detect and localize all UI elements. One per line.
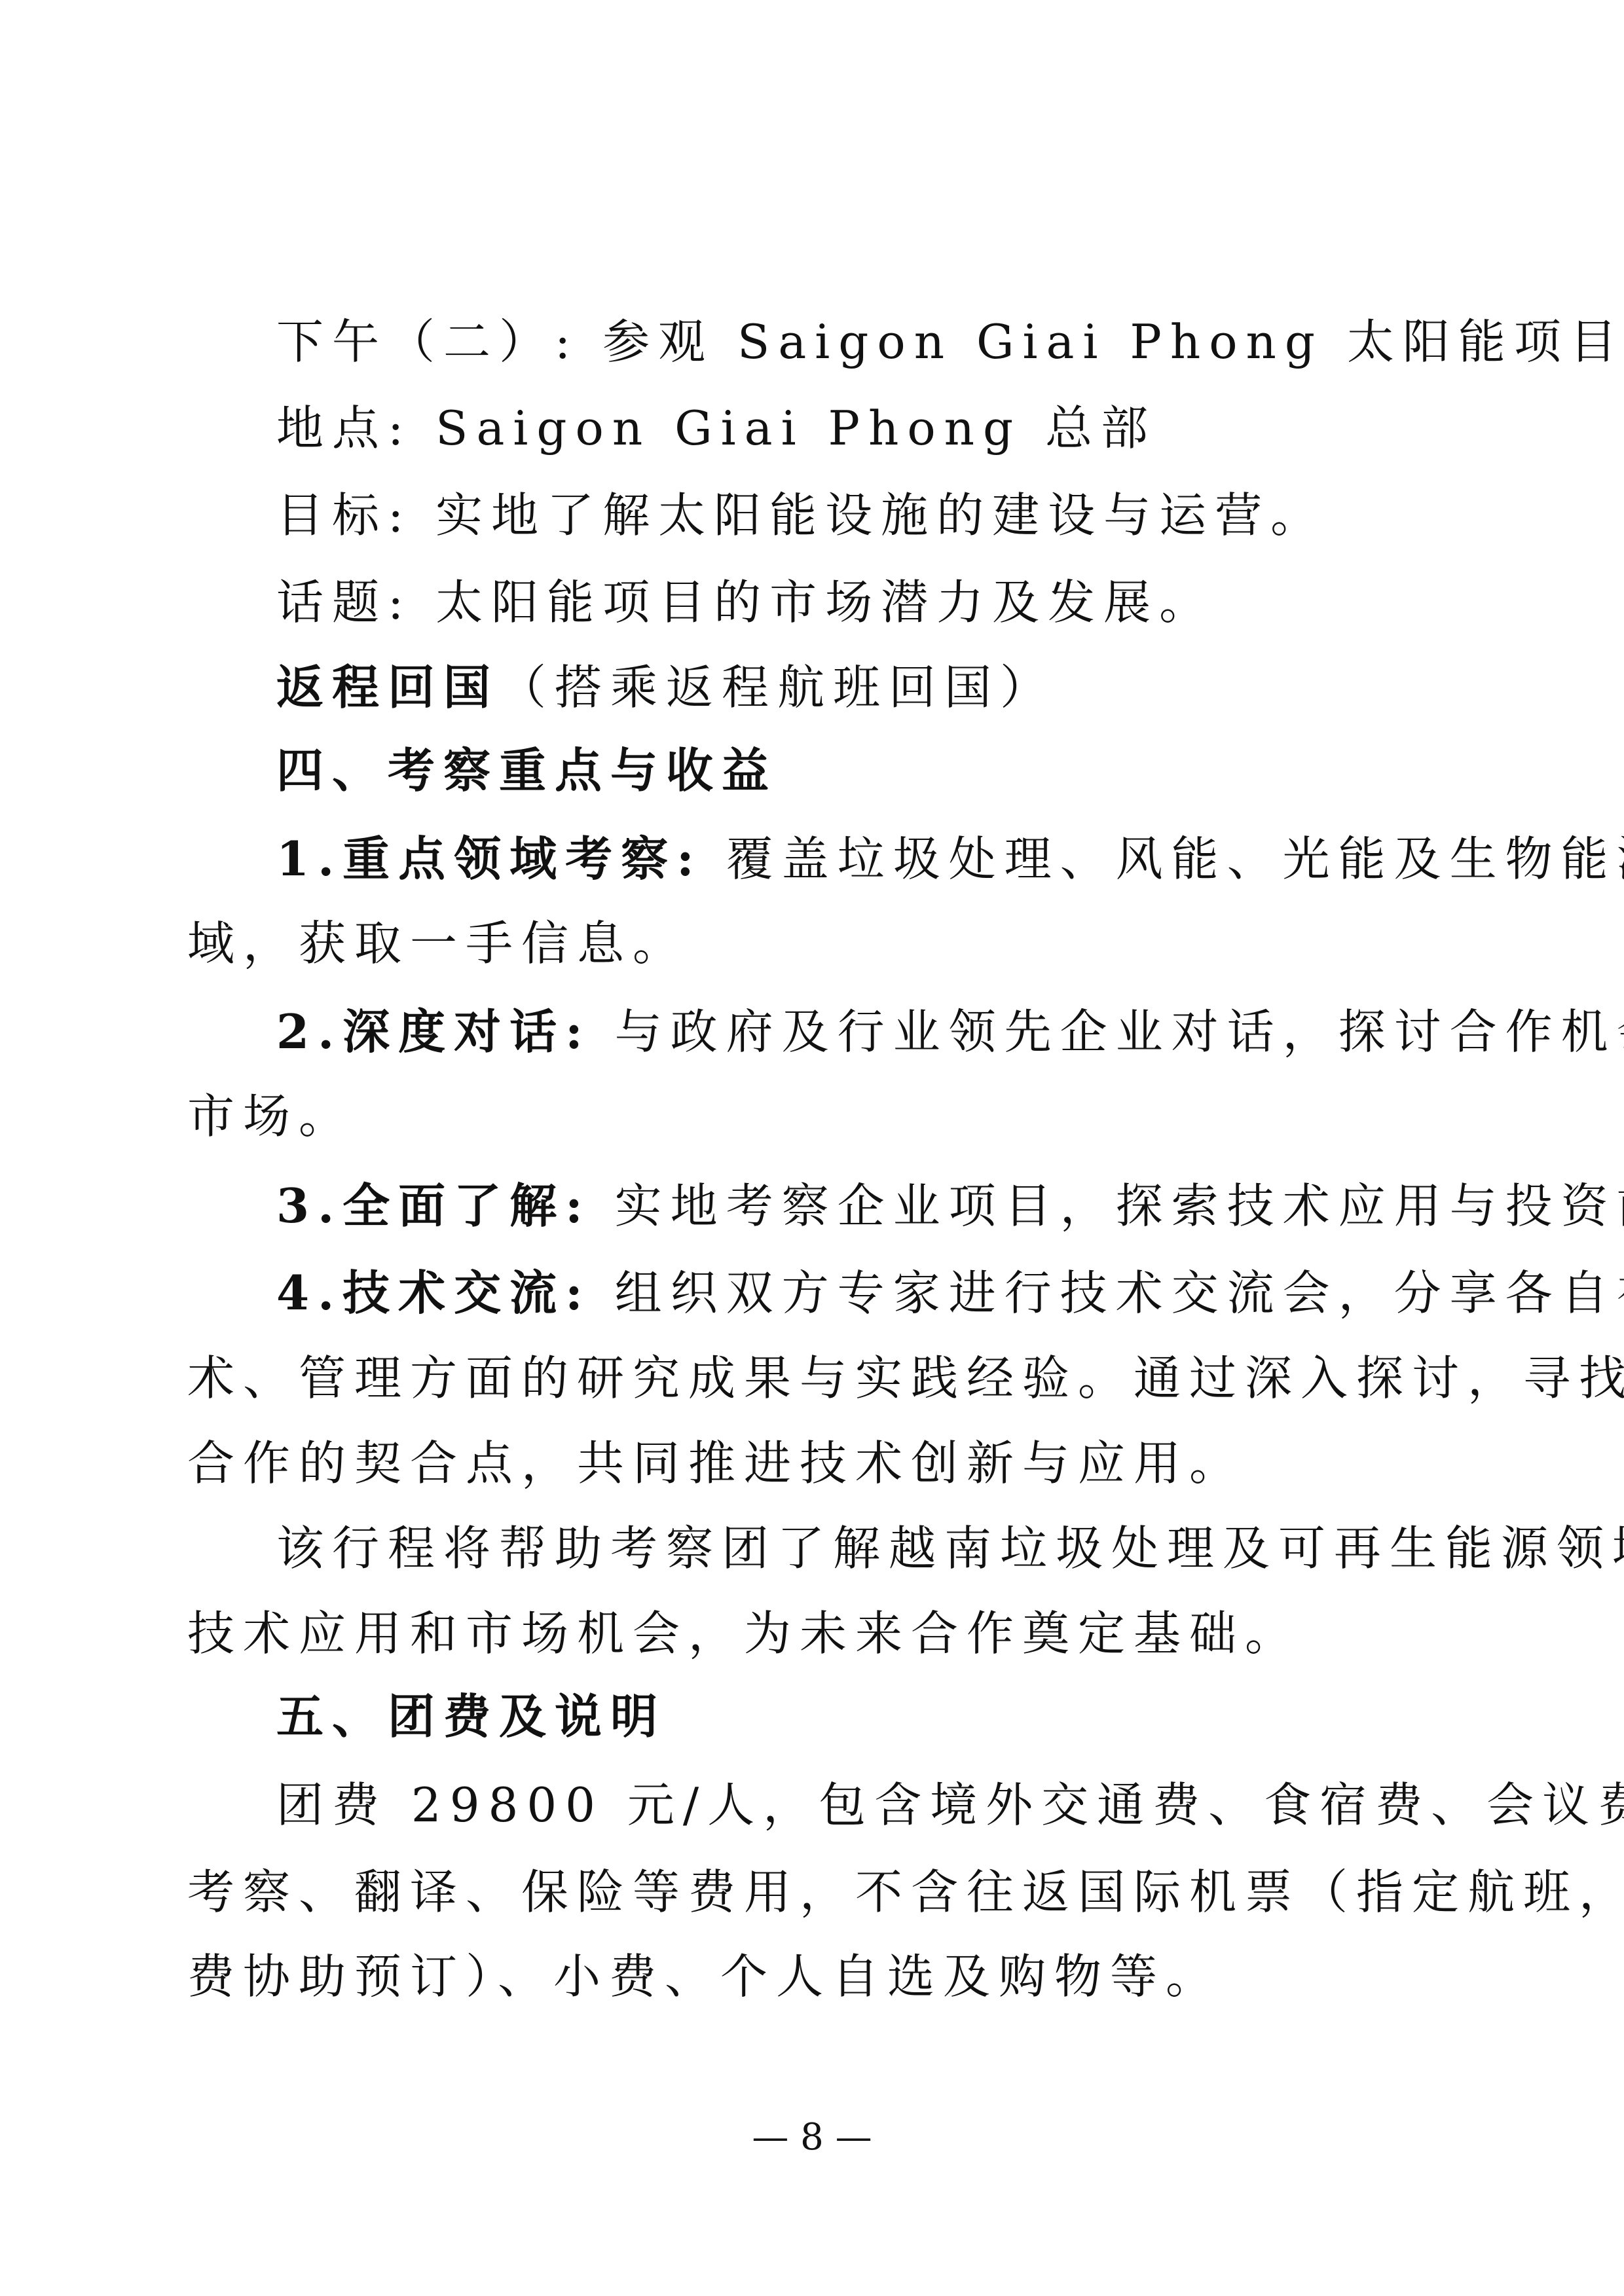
item-3-line-1: 3.全面了解: 实地考察企业项目，探索技术应用与投资前景。 [276, 1173, 1425, 1239]
location-line: 地点: Saigon Giai Phong 总部 [276, 395, 1425, 461]
fee-line-2: 考察、翻译、保险等费用，不含往返国际机票（指定航班，可免 [187, 1859, 1425, 1925]
summary-line-2: 技术应用和市场机会，为未来合作奠定基础。 [187, 1601, 1425, 1666]
line-text: 地点: Saigon Giai Phong 总部 [276, 401, 1156, 456]
line-text: 目标: 实地了解太阳能设施的建设与运营。 [276, 488, 1326, 543]
afternoon-2-title: 下午（二）: 参观 Saigon Giai Phong 太阳能项目 [276, 309, 1425, 374]
topic-line: 话题: 太阳能项目的市场潜力及发展。 [276, 570, 1425, 635]
item-4-line-3: 合作的契合点，共同推进技术创新与应用。 [187, 1430, 1425, 1496]
heading-text: 五、团费及说明 [276, 1688, 666, 1744]
line-text: 该行程将帮助考察团了解越南垃圾处理及可再生能源领域的 [276, 1521, 1624, 1576]
line-text: 话题: 太阳能项目的市场潜力及发展。 [276, 575, 1215, 630]
section-5-heading: 五、团费及说明 [276, 1684, 1425, 1749]
document-page: 下午（二）: 参观 Saigon Giai Phong 太阳能项目 地点: Sa… [0, 0, 1624, 2296]
line-text: 市场。 [187, 1089, 354, 1144]
section-4-heading: 四、考察重点与收益 [276, 738, 1425, 803]
line-text: 团费 29800 元/人，包含境外交通费、食宿费、会议费、商务 [276, 1777, 1624, 1832]
line-text: （搭乘返程航班回国） [499, 660, 1056, 715]
line-text: 考察、翻译、保险等费用，不含往返国际机票（指定航班，可免 [187, 1865, 1624, 1920]
line-text: 费协助预订）、小费、个人自选及购物等。 [187, 1949, 1221, 2004]
heading-text: 四、考察重点与收益 [276, 742, 777, 798]
summary-line-1: 该行程将帮助考察团了解越南垃圾处理及可再生能源领域的 [276, 1516, 1425, 1581]
fee-line-1: 团费 29800 元/人，包含境外交通费、食宿费、会议费、商务 [276, 1772, 1425, 1838]
line-text: 术、管理方面的研究成果与实践经验。通过深入探讨，寻找双方 [187, 1351, 1624, 1406]
line-text: 下午（二）: 参观 Saigon Giai Phong 太阳能项目 [276, 314, 1624, 369]
line-text: 技术应用和市场机会，为未来合作奠定基础。 [187, 1606, 1301, 1661]
item-1-line-1: 1.重点领域考察: 覆盖垃圾处理、风能、光能及生物能源领 [276, 826, 1425, 892]
item-2-line-2: 市场。 [187, 1084, 1425, 1149]
line-text: 实地考察企业项目，探索技术应用与投资前景。 [591, 1178, 1624, 1233]
return-label: 返程回国 [276, 659, 499, 715]
return-line: 返程回国（搭乘返程航班回国） [276, 655, 1425, 720]
item-1-line-2: 域，获取一手信息。 [187, 911, 1425, 976]
line-text: 合作的契合点，共同推进技术创新与应用。 [187, 1436, 1245, 1491]
item-2-line-1: 2.深度对话: 与政府及行业领先企业对话，探讨合作机会与 [276, 999, 1425, 1065]
line-text: 组织双方专家进行技术交流会，分享各自在技 [591, 1266, 1624, 1321]
item-label: 2.深度对话: [276, 1004, 591, 1059]
page-number: — 8 — [0, 2111, 1624, 2164]
line-text: 覆盖垃圾处理、风能、光能及生物能源领 [703, 831, 1624, 886]
goal-line: 目标: 实地了解太阳能设施的建设与运营。 [276, 483, 1425, 548]
fee-line-3: 费协助预订）、小费、个人自选及购物等。 [187, 1944, 1425, 2009]
item-label: 4.技术交流: [276, 1265, 591, 1321]
item-4-line-2: 术、管理方面的研究成果与实践经验。通过深入探讨，寻找双方 [187, 1345, 1425, 1411]
item-4-line-1: 4.技术交流: 组织双方专家进行技术交流会，分享各自在技 [276, 1260, 1425, 1326]
item-label: 1.重点领域考察: [276, 831, 703, 886]
item-label: 3.全面了解: [276, 1178, 591, 1233]
line-text: 域，获取一手信息。 [187, 916, 688, 971]
line-text: 与政府及行业领先企业对话，探讨合作机会与 [591, 1004, 1624, 1059]
